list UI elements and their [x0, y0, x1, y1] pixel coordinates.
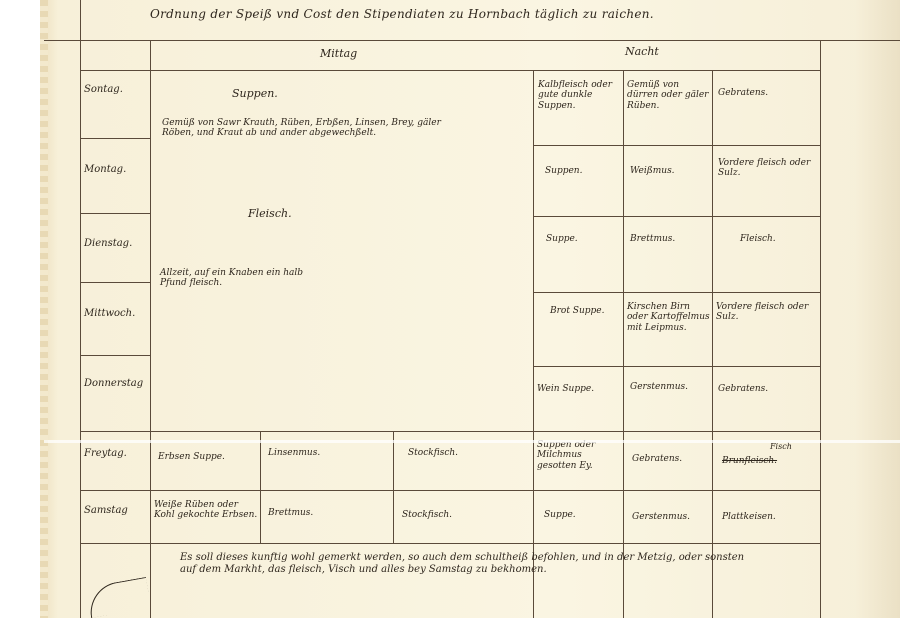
rule-eve-col2: [623, 70, 624, 618]
evening-fri-3: Brunfleisch.: [722, 456, 816, 466]
evening-sun-3: Gebratens.: [718, 88, 816, 98]
rule-day-5: [80, 431, 820, 432]
rule-header-bottom: [80, 70, 820, 71]
saturday-midday-3: Stockfisch.: [402, 510, 522, 520]
rule-day-2: [80, 213, 150, 214]
midday-soup-text: Gemüß von Sawr Krauth, Rüben, Erbßen, Li…: [162, 118, 462, 139]
rule-eve-4: [533, 366, 820, 367]
midday-soup-heading: Suppen.: [232, 88, 278, 101]
saturday-midday-1: Weiße Rüben oder Kohl gekochte Erbsen.: [154, 500, 258, 521]
evening-tue-1: Suppe.: [546, 234, 622, 244]
header-evening: Nacht: [625, 46, 659, 59]
evening-sun-1: Kalbfleisch oder gute dunkle Suppen.: [538, 80, 620, 111]
midday-meat-heading: Fleisch.: [248, 208, 292, 221]
torn-left-edge: [40, 0, 48, 618]
rule-midday-right: [533, 70, 534, 618]
rule-day-7: [80, 543, 820, 544]
evening-mon-3: Vordere fleisch oder Sulz.: [718, 158, 816, 179]
evening-sat-1: Suppe.: [544, 510, 620, 520]
paper-crease: [855, 0, 900, 618]
header-midday: Mittag: [320, 48, 357, 61]
rule-header-top: [44, 40, 900, 41]
rule-fri-col3: [393, 431, 394, 543]
evening-wed-2: Kirschen Birn oder Kartoffelmus mit Leip…: [627, 302, 711, 333]
footnote: Es soll dieses kunftig wohl gemerkt werd…: [180, 552, 760, 575]
day-label-monday: Montag.: [84, 164, 126, 176]
rule-day-4: [80, 355, 150, 356]
midday-meat-text: Allzeit, auf ein Knaben ein halb Pfund f…: [160, 268, 330, 289]
rule-eve-col3: [712, 70, 713, 618]
friday-midday-1: Erbsen Suppe.: [158, 452, 256, 462]
rule-days-right: [150, 40, 151, 618]
evening-sat-2: Gerstenmus.: [632, 512, 710, 522]
evening-wed-1: Brot Suppe.: [550, 306, 622, 316]
day-label-saturday: Samstag: [84, 505, 128, 517]
friday-midday-3: Stockfisch.: [408, 448, 528, 458]
evening-thu-3: Gebratens.: [718, 384, 816, 394]
evening-mon-2: Weißmus.: [630, 166, 710, 176]
evening-thu-2: Gerstenmus.: [630, 382, 710, 392]
rule-eve-1: [533, 145, 820, 146]
evening-tue-2: Brettmus.: [630, 234, 710, 244]
day-label-tuesday: Dienstag.: [84, 238, 132, 250]
evening-fri-correction: Fisch: [770, 442, 792, 451]
rule-day-3: [80, 282, 150, 283]
day-label-friday: Freytag.: [84, 448, 127, 460]
rule-eve-2: [533, 216, 820, 217]
evening-sat-3: Plattkeisen.: [722, 512, 816, 522]
fold-line: [44, 440, 900, 443]
evening-fri-1: Suppen oder Milchmus gesotten Ey.: [537, 440, 621, 471]
document-title: Ordnung der Speiß vnd Cost den Stipendia…: [150, 8, 770, 22]
rule-fri-col2: [260, 431, 261, 543]
friday-midday-2: Linsenmus.: [268, 448, 388, 458]
rule-right: [820, 40, 821, 618]
rule-day-1: [80, 138, 150, 139]
rule-left: [80, 0, 81, 618]
evening-fri-2: Gebratens.: [632, 454, 710, 464]
rule-eve-3: [533, 292, 820, 293]
evening-tue-3: Fleisch.: [740, 234, 816, 244]
evening-wed-3: Vordere fleisch oder Sulz.: [716, 302, 816, 323]
rule-day-6: [80, 490, 820, 491]
evening-mon-1: Suppen.: [545, 166, 621, 176]
day-label-thursday: Donnerstag: [84, 378, 143, 390]
evening-thu-1: Wein Suppe.: [537, 384, 621, 394]
day-label-sunday: Sontag.: [84, 84, 123, 96]
day-label-wednesday: Mittwoch.: [84, 308, 135, 320]
evening-sun-2: Gemüß von dürren oder gäler Rüben.: [627, 80, 709, 111]
saturday-midday-2: Brettmus.: [268, 508, 388, 518]
